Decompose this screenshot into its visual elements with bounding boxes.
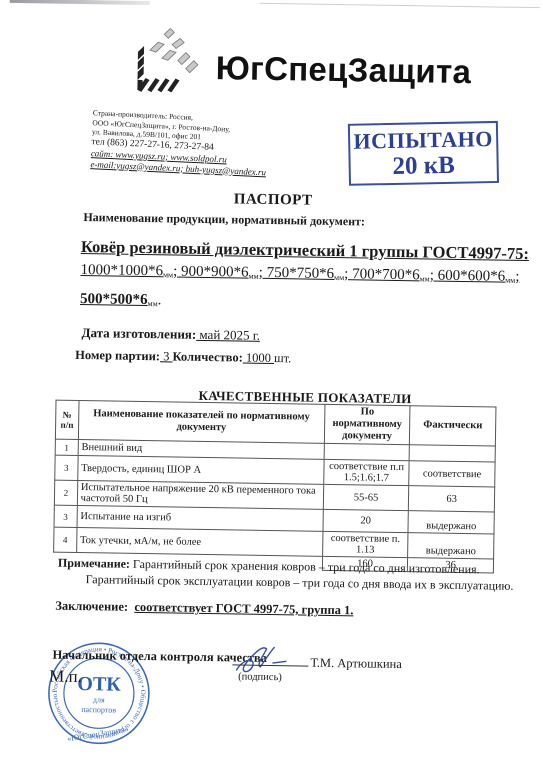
row-norm: соответствие п. 1.13 bbox=[322, 531, 408, 557]
size-unit: мм bbox=[147, 299, 157, 308]
size-unit: мм bbox=[420, 274, 430, 283]
row-fact: выдержано bbox=[408, 533, 494, 559]
col-header-fact: Фактически bbox=[410, 406, 496, 446]
stacked-angles-logo-icon bbox=[135, 28, 206, 94]
row-fact: выдержано bbox=[408, 511, 494, 534]
date-label: Дата изготовления: bbox=[81, 325, 196, 342]
qty-value: 1000 bbox=[243, 351, 274, 365]
size-unit: мм bbox=[248, 272, 258, 281]
size-value: 500*500*6 bbox=[80, 291, 148, 308]
quality-table: № п/п Наименование показателей по нормат… bbox=[53, 400, 497, 574]
size-value: 700*700*6 bbox=[352, 266, 420, 283]
row-number: 3 bbox=[54, 505, 77, 527]
row-name: Ток утечки, мА/м, не более bbox=[76, 527, 322, 556]
col-header-name: Наименование показателей по нормативному… bbox=[78, 400, 325, 443]
signer-name: Т.М. Артюшкина bbox=[310, 656, 402, 672]
row-number: 3 bbox=[55, 455, 78, 480]
col-header-number: № п/п bbox=[55, 400, 78, 439]
qty-label: Количество: bbox=[172, 349, 242, 364]
product-label: Наименование продукции, нормативный доку… bbox=[83, 210, 365, 229]
row-number: 2 bbox=[54, 480, 77, 505]
batch-info: Номер партии: 3 Количество: 1000 шт. bbox=[75, 348, 291, 366]
row-number: 1 bbox=[55, 439, 78, 455]
conclusion-label: Заключение: bbox=[55, 599, 128, 614]
date-value: май 2025 г. bbox=[196, 327, 260, 343]
seal-place: М.п. bbox=[49, 667, 82, 688]
size-unit: мм bbox=[334, 273, 344, 282]
size-value: 1000*1000*6 bbox=[80, 262, 163, 279]
row-norm: 55-65 bbox=[323, 484, 409, 510]
email-label: e-mail: bbox=[90, 159, 116, 170]
note: Примечание: Гарантийный срок хранения ко… bbox=[58, 555, 528, 594]
tested-stamp: ИСПЫТАНО 20 кВ bbox=[348, 121, 499, 186]
conclusion: Заключение: соответствует ГОСТ 4997-75, … bbox=[55, 599, 353, 619]
row-name: Испытательное напряжение 20 кВ переменно… bbox=[77, 480, 323, 509]
row-fact: 63 bbox=[409, 486, 495, 512]
product-name: Ковёр резиновый диэлектрический 1 группы… bbox=[81, 237, 529, 264]
row-norm: 20 bbox=[323, 509, 409, 532]
batch-label: Номер партии: bbox=[75, 348, 160, 363]
size-value: 750*750*6 bbox=[267, 265, 335, 282]
company-name: ЮгСпецЗащита bbox=[215, 49, 471, 91]
separator: ; bbox=[173, 263, 181, 279]
size-unit: мм bbox=[163, 270, 173, 279]
company-info: Страна-производитель: Россия, ООО «ЮгСпе… bbox=[90, 108, 268, 178]
site-label: сайт: bbox=[91, 148, 114, 159]
row-name: Твердость, единиц ШОР А bbox=[78, 455, 324, 484]
conclusion-value: соответствует ГОСТ 4997-75, группа 1. bbox=[134, 600, 353, 617]
separator: ; bbox=[344, 266, 352, 282]
qty-unit: шт. bbox=[274, 351, 291, 365]
passport-page: ЮгСпецЗащита Страна-производитель: Росси… bbox=[0, 0, 543, 768]
seal-small1: для bbox=[93, 695, 105, 704]
seal-small2: паспортов bbox=[81, 705, 116, 715]
manufacture-date: Дата изготовления: май 2025 г. bbox=[81, 325, 260, 344]
row-number: 4 bbox=[54, 527, 77, 552]
tested-stamp-line2: 20 кВ bbox=[350, 152, 496, 181]
separator: . bbox=[158, 292, 162, 308]
size-value: 900*900*6 bbox=[181, 264, 249, 281]
tested-stamp-line1: ИСПЫТАНО bbox=[350, 126, 496, 155]
product-sizes: 1000*1000*6мм; 900*900*6мм; 750*750*6мм;… bbox=[80, 262, 519, 286]
separator: ; bbox=[515, 269, 519, 285]
note-label: Примечание: bbox=[58, 556, 130, 571]
size-unit: мм bbox=[505, 276, 515, 285]
row-norm bbox=[324, 443, 410, 460]
batch-value: 3 bbox=[160, 349, 173, 363]
scan-artifact bbox=[260, 3, 540, 8]
product-sizes-cont: 500*500*6мм. bbox=[80, 291, 162, 309]
col-header-norm: По нормативному документу bbox=[324, 404, 410, 444]
row-fact: соответствие bbox=[409, 461, 495, 487]
scan-artifact bbox=[10, 0, 150, 5]
seal-otk: ОТК bbox=[77, 673, 121, 696]
row-norm: соответствие п.п 1.5;1.6;1.7 bbox=[323, 459, 409, 485]
size-value: 600*600*6 bbox=[438, 268, 506, 285]
signature-hint: (подпись) bbox=[238, 672, 282, 684]
table-header-row: № п/п Наименование показателей по нормат… bbox=[55, 400, 496, 446]
row-fact bbox=[409, 445, 495, 462]
